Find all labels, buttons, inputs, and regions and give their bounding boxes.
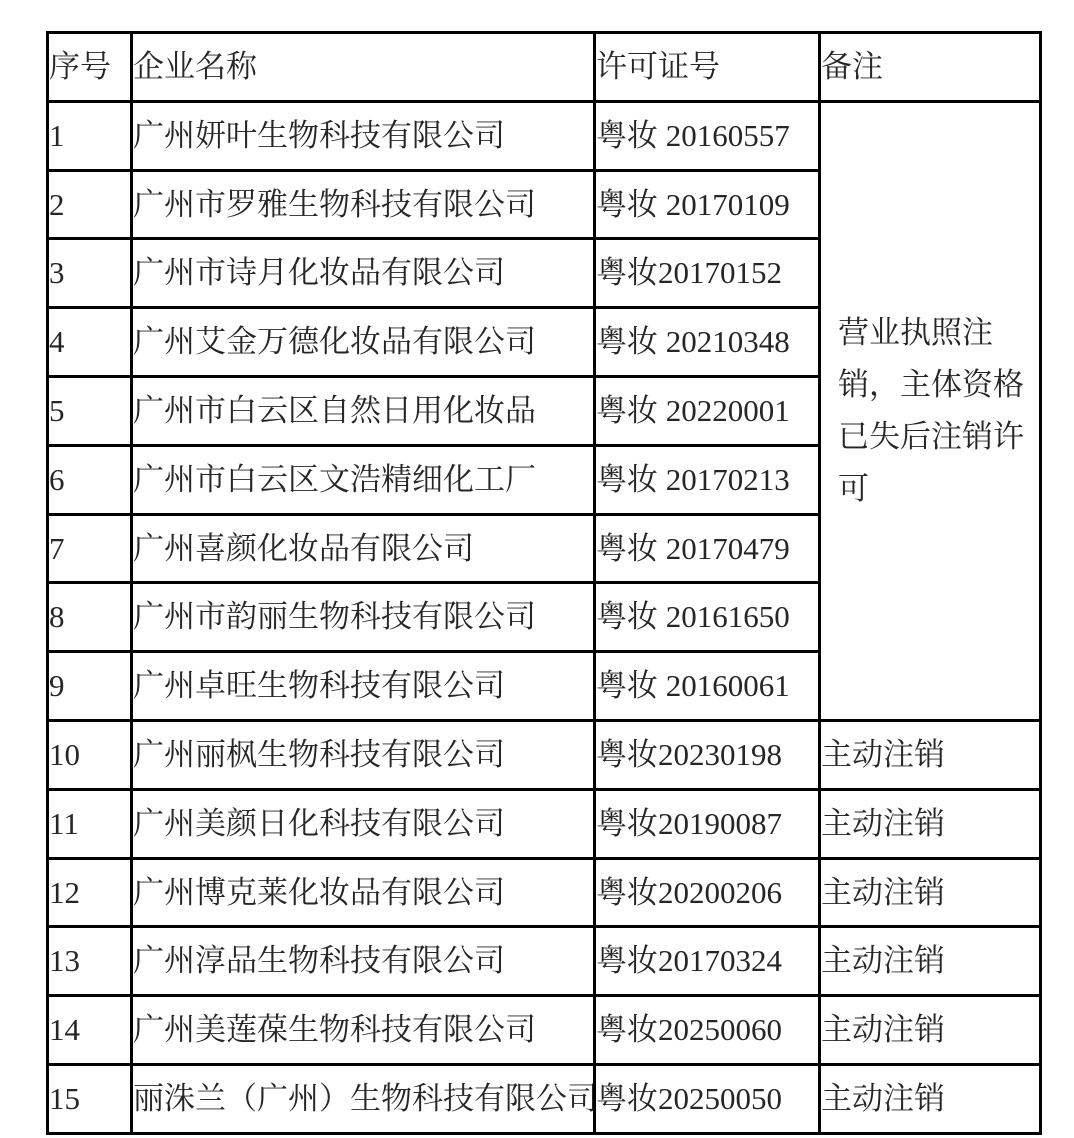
license-number-cell: 粤妆20250060 <box>595 996 820 1065</box>
row-number-cell: 7 <box>48 514 132 583</box>
table-row: 15 丽洙兰（广州）生物科技有限公司 粤妆20250050 主动注销 <box>48 1064 1041 1133</box>
company-name-cell: 广州妍叶生物科技有限公司 <box>132 101 595 170</box>
merged-remark-cell: 营业执照注销，主体资格已失后注销许可 <box>820 101 1041 720</box>
company-name-cell: 广州淳品生物科技有限公司 <box>132 927 595 996</box>
remark-cell: 主动注销 <box>820 1064 1041 1133</box>
table-row: 11 广州美颜日化科技有限公司 粤妆20190087 主动注销 <box>48 789 1041 858</box>
company-name-cell: 广州市白云区文浩精细化工厂 <box>132 445 595 514</box>
license-number-cell: 粤妆 20160557 <box>595 101 820 170</box>
license-number-cell: 粤妆 20170109 <box>595 170 820 239</box>
license-cancellation-table: 序号 企业名称 许可证号 备注 1 广州妍叶生物科技有限公司 粤妆 201605… <box>46 31 1042 1135</box>
header-remark: 备注 <box>820 33 1041 102</box>
company-name-cell: 广州市罗雅生物科技有限公司 <box>132 170 595 239</box>
company-name-cell: 丽洙兰（广州）生物科技有限公司 <box>132 1064 595 1133</box>
company-name-cell: 广州美莲葆生物科技有限公司 <box>132 996 595 1065</box>
header-row: 序号 企业名称 许可证号 备注 <box>48 33 1041 102</box>
table-row: 12 广州博克莱化妆品有限公司 粤妆20200206 主动注销 <box>48 858 1041 927</box>
remark-cell: 主动注销 <box>820 789 1041 858</box>
license-number-cell: 粤妆20230198 <box>595 720 820 789</box>
license-number-cell: 粤妆 20160061 <box>595 652 820 721</box>
row-number-cell: 5 <box>48 376 132 445</box>
company-name-cell: 广州市韵丽生物科技有限公司 <box>132 583 595 652</box>
row-number-cell: 15 <box>48 1064 132 1133</box>
row-number-cell: 10 <box>48 720 132 789</box>
license-number-cell: 粤妆 20220001 <box>595 376 820 445</box>
company-name-cell: 广州市诗月化妆品有限公司 <box>132 239 595 308</box>
row-number-cell: 12 <box>48 858 132 927</box>
company-name-cell: 广州博克莱化妆品有限公司 <box>132 858 595 927</box>
license-number-cell: 粤妆20170324 <box>595 927 820 996</box>
company-name-cell: 广州市白云区自然日用化妆品 <box>132 376 595 445</box>
header-no: 序号 <box>48 33 132 102</box>
header-company: 企业名称 <box>132 33 595 102</box>
row-number-cell: 9 <box>48 652 132 721</box>
remark-cell: 主动注销 <box>820 996 1041 1065</box>
row-number-cell: 11 <box>48 789 132 858</box>
license-number-cell: 粤妆 20170213 <box>595 445 820 514</box>
row-number-cell: 2 <box>48 170 132 239</box>
license-number-cell: 粤妆 20170479 <box>595 514 820 583</box>
remark-cell: 主动注销 <box>820 858 1041 927</box>
remark-cell: 主动注销 <box>820 927 1041 996</box>
table-row: 13 广州淳品生物科技有限公司 粤妆20170324 主动注销 <box>48 927 1041 996</box>
row-number-cell: 6 <box>48 445 132 514</box>
license-number-cell: 粤妆 20210348 <box>595 308 820 377</box>
row-number-cell: 13 <box>48 927 132 996</box>
row-number-cell: 3 <box>48 239 132 308</box>
license-number-cell: 粤妆20170152 <box>595 239 820 308</box>
license-number-cell: 粤妆20190087 <box>595 789 820 858</box>
company-name-cell: 广州丽枫生物科技有限公司 <box>132 720 595 789</box>
company-name-cell: 广州喜颜化妆品有限公司 <box>132 514 595 583</box>
table-row: 14 广州美莲葆生物科技有限公司 粤妆20250060 主动注销 <box>48 996 1041 1065</box>
row-number-cell: 1 <box>48 101 132 170</box>
row-number-cell: 14 <box>48 996 132 1065</box>
company-name-cell: 广州卓旺生物科技有限公司 <box>132 652 595 721</box>
company-name-cell: 广州美颜日化科技有限公司 <box>132 789 595 858</box>
table-row: 10 广州丽枫生物科技有限公司 粤妆20230198 主动注销 <box>48 720 1041 789</box>
license-number-cell: 粤妆20250050 <box>595 1064 820 1133</box>
license-number-cell: 粤妆20200206 <box>595 858 820 927</box>
row-number-cell: 4 <box>48 308 132 377</box>
company-name-cell: 广州艾金万德化妆品有限公司 <box>132 308 595 377</box>
table-row: 1 广州妍叶生物科技有限公司 粤妆 20160557 营业执照注销，主体资格已失… <box>48 101 1041 170</box>
license-number-cell: 粤妆 20161650 <box>595 583 820 652</box>
header-license: 许可证号 <box>595 33 820 102</box>
remark-cell: 主动注销 <box>820 720 1041 789</box>
row-number-cell: 8 <box>48 583 132 652</box>
